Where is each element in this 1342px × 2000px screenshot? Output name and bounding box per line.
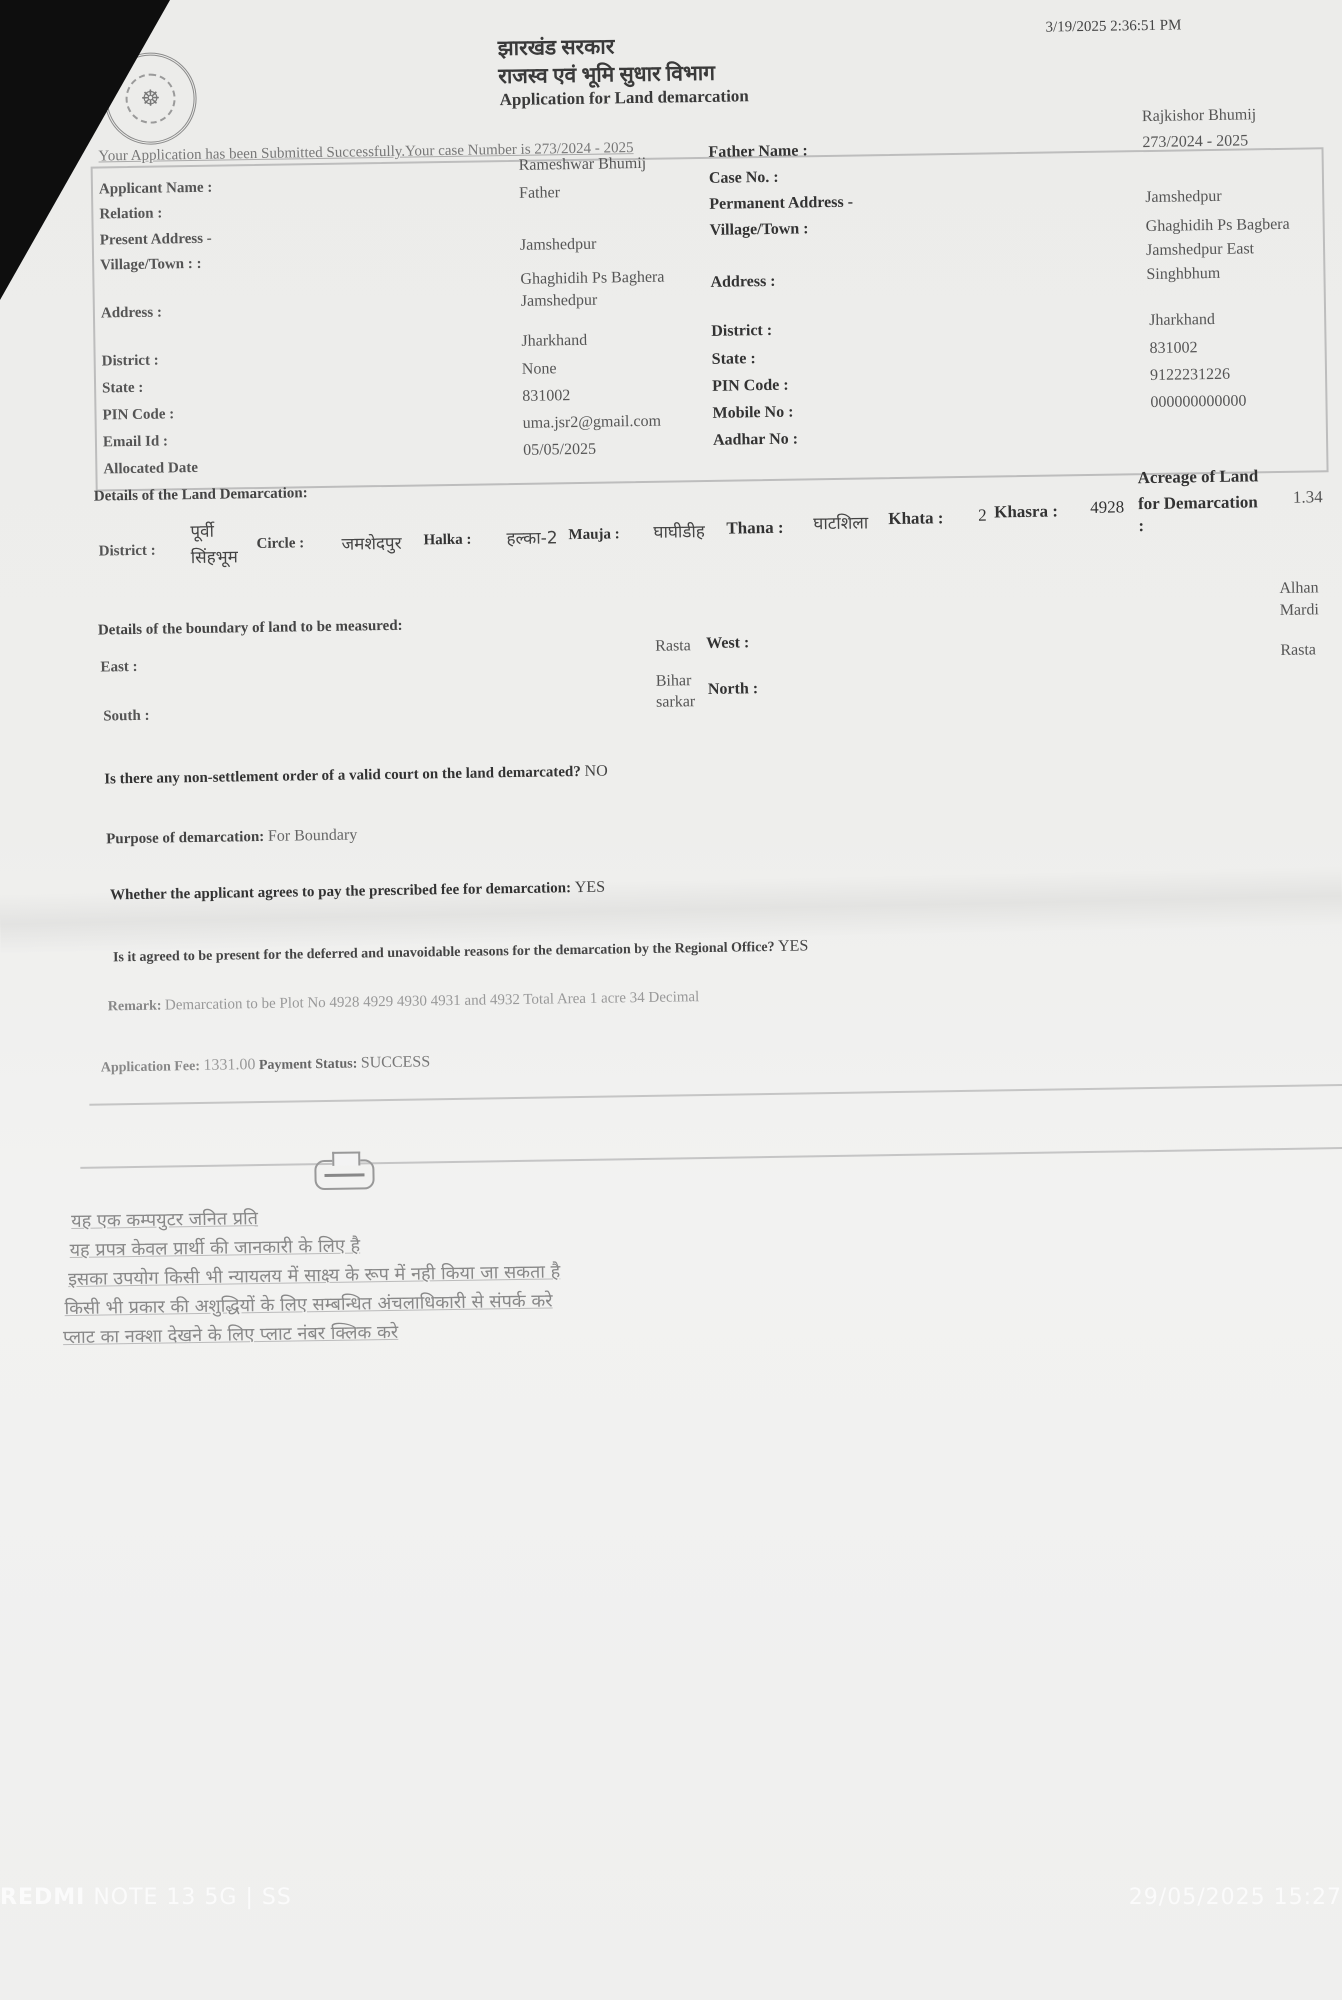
case-no-value: 273/2024 - 2025: [1142, 132, 1248, 152]
document-page: ☸ झारखंड सरकार राजस्व एवं भूमि सुधार विभ…: [0, 0, 1342, 2000]
purpose-answer: For Boundary: [268, 826, 358, 844]
perm-district-label: District :: [711, 322, 772, 341]
page-title: Application for Land demarcation: [499, 86, 748, 110]
khasra-label: Khasra :: [994, 501, 1058, 522]
khasra-value: 4928: [1090, 497, 1124, 518]
village-town-value: Jamshedpur: [520, 236, 597, 255]
land-district-value-1: पूर्वी: [190, 519, 214, 542]
remark-line: Remark: Demarcation to be Plot No 4928 4…: [108, 989, 700, 1015]
perm-village-town-label: Village/Town :: [710, 220, 809, 240]
district-label: District :: [102, 353, 159, 371]
thana-label: Thana :: [726, 518, 783, 539]
perm-address-label: Address :: [710, 273, 775, 292]
divider-1: [89, 1084, 1342, 1106]
south-value-2: sarkar: [656, 693, 695, 712]
allocated-date-value: 05/05/2025: [523, 441, 596, 460]
boundary-section-title: Details of the boundary of land to be me…: [98, 618, 403, 640]
district-value: Jharkhand: [521, 332, 587, 351]
circle-value: जमशेदपुर: [341, 531, 401, 555]
camera-watermark-datetime: 29/05/2025 15:27: [1129, 1885, 1342, 1910]
address-label: Address :: [101, 304, 162, 322]
west-label: West :: [706, 634, 749, 653]
khata-value: 2: [978, 506, 987, 526]
allocated-date-label: Allocated Date: [103, 460, 198, 478]
applicant-name-value: Rameshwar Bhumij: [519, 155, 647, 175]
acreage-value: 1.34: [1293, 487, 1323, 507]
print-timestamp: 3/19/2025 2:36:51 PM: [1045, 17, 1181, 36]
acreage-colon: :: [1138, 516, 1144, 536]
mobile-no-label: Mobile No :: [712, 404, 793, 423]
court-order-answer: NO: [584, 763, 607, 780]
footer-note: यह प्रपत्र केवल प्रार्थी की जानकारी के ल…: [69, 1231, 360, 1265]
circle-label: Circle :: [256, 535, 304, 553]
payment-line: Application Fee: 1331.00 Payment Status:…: [101, 1053, 431, 1076]
halka-label: Halka :: [423, 532, 471, 550]
state-value: None: [522, 360, 557, 379]
printer-icon[interactable]: [314, 1159, 374, 1190]
case-no-label: Case No. :: [709, 169, 779, 188]
thana-value: घाटशिला: [813, 510, 868, 534]
plot-map-link[interactable]: प्लाट का नक्शा देखने के लिए प्लाट नंबर क…: [63, 1318, 399, 1352]
halka-value: हल्का-2: [506, 525, 557, 549]
presence-answer: YES: [778, 937, 808, 954]
pin-code-label: PIN Code :: [102, 406, 174, 424]
fee-value: 1331.00: [203, 1056, 255, 1074]
father-name-label: Father Name :: [708, 142, 808, 162]
west-value-1: Alhan: [1279, 579, 1318, 598]
land-district-label: District :: [99, 543, 156, 561]
department-name: राजस्व एवं भूमि सुधार विभाग: [498, 59, 715, 90]
acreage-label-2: for Demarcation: [1138, 492, 1258, 514]
email-label: Email Id :: [103, 433, 168, 451]
address-value: Ghaghidih Ps Baghera Jamshedpur: [520, 266, 701, 313]
relation-value: Father: [519, 184, 560, 203]
purpose-question: Purpose of demarcation: For Boundary: [106, 826, 357, 848]
east-label: East :: [100, 659, 137, 677]
mobile-no-value: 000000000000: [1150, 392, 1246, 412]
photo-dark-corner: [0, 0, 170, 300]
north-label: North :: [708, 680, 758, 699]
camera-watermark-model: REDMI NOTE 13 5G | SS: [0, 1885, 292, 1910]
divider-2: [80, 1147, 1342, 1169]
payment-status: SUCCESS: [361, 1053, 431, 1071]
perm-pin-code-label: PIN Code :: [712, 377, 789, 396]
perm-district-value: Jharkhand: [1149, 311, 1215, 330]
permanent-address-label: Permanent Address -: [709, 194, 853, 214]
email-value: uma.jsr2@gmail.com: [523, 413, 662, 433]
east-value: Rasta: [655, 637, 691, 656]
remark-value: Demarcation to be Plot No 4928 4929 4930…: [165, 989, 700, 1013]
pin-code-value: 831002: [522, 387, 570, 406]
perm-state-label: State :: [712, 350, 756, 369]
mauja-value: घाघीडीह: [653, 519, 705, 543]
west-value-2: Mardi: [1280, 601, 1319, 620]
perm-address-value: Ghaghidih Ps Bagbera Jamshedpur East Sin…: [1146, 213, 1297, 287]
south-label: South :: [103, 708, 150, 726]
court-order-question: Is there any non-settlement order of a v…: [104, 763, 608, 789]
north-value: Rasta: [1280, 641, 1316, 660]
acreage-label-1: Acreage of Land: [1137, 466, 1258, 488]
father-name-value: Rajkishor Bhumij: [1142, 106, 1257, 126]
south-value-1: Bihar: [656, 672, 692, 691]
mauja-label: Mauja :: [568, 526, 620, 544]
land-district-value-2: सिंहभूम: [191, 544, 238, 568]
govt-name: झारखंड सरकार: [498, 32, 615, 62]
perm-pin-code-value: 9122231226: [1150, 366, 1230, 385]
perm-village-town-value: Jamshedpur: [1145, 188, 1222, 207]
footer-note: यह एक कम्पयुटर जनित प्रति: [71, 1204, 258, 1236]
khata-label: Khata :: [888, 508, 944, 529]
perm-state-value: 831002: [1149, 339, 1197, 358]
state-label: State :: [102, 380, 144, 398]
aadhar-no-label: Aadhar No :: [713, 431, 798, 450]
land-section-title: Details of the Land Demarcation:: [94, 485, 308, 505]
